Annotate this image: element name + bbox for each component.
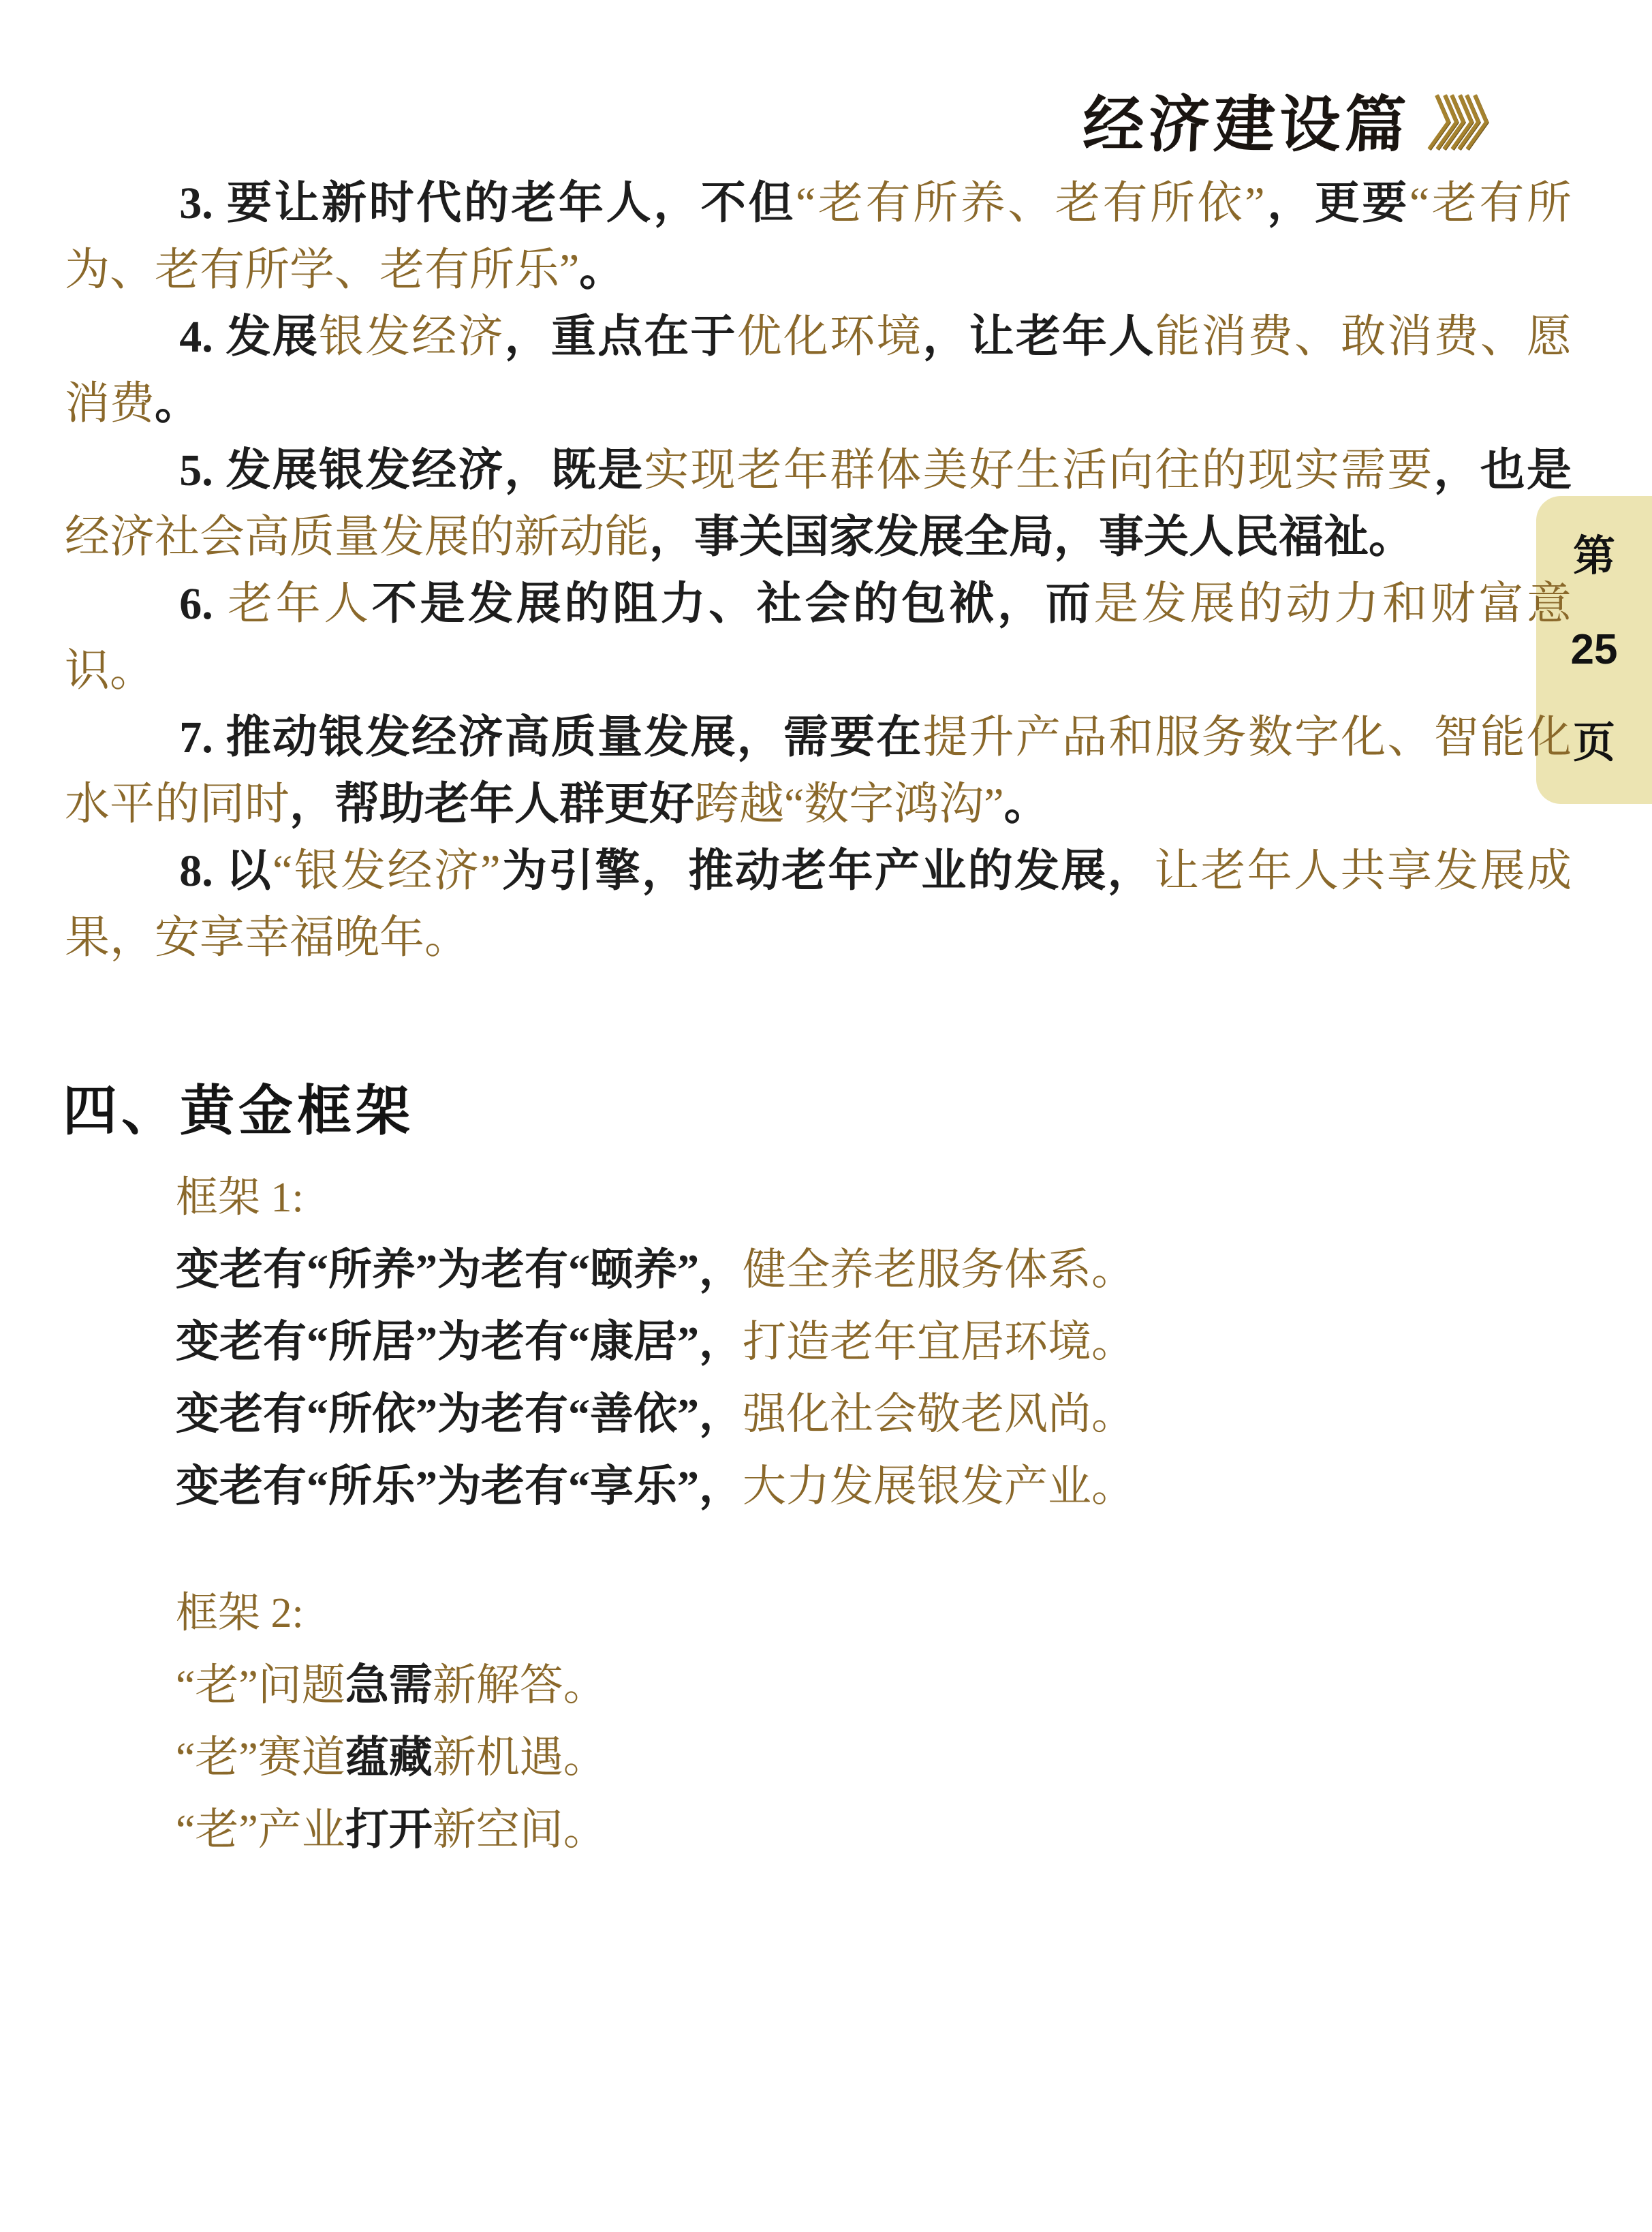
paragraph: 3. 要让新时代的老年人，不但“老有所养、老有所依”，更要“老有所为、老有所学、… [65, 170, 1572, 304]
text-segment: 新解答。 [433, 1661, 607, 1709]
tab-char-ye: 页 [1573, 722, 1615, 764]
paragraph: 6. 老年人不是发展的阻力、社会的包袱，而是发展的动力和财富意识。 [65, 571, 1572, 704]
text-segment: 不是发展的阻力、社会的包袱，而 [372, 579, 1093, 629]
text-segment: 经济社会高质量发展的新动能 [65, 512, 649, 562]
text-segment: 。 [579, 245, 624, 295]
frame-line: “老”问题急需新解答。 [176, 1649, 1375, 1722]
text-segment: 蕴藏 [345, 1733, 433, 1782]
frame-line: 变老有“所养”为老有“颐养”，健全养老服务体系。 [176, 1234, 1375, 1306]
frame-label: 框架 1: [176, 1162, 1375, 1234]
body-paragraphs: 3. 要让新时代的老年人，不但“老有所养、老有所依”，更要“老有所为、老有所学、… [65, 170, 1572, 972]
chapter-title: 经济建设篇 [1082, 75, 1412, 164]
paragraph: 5. 发展银发经济，既是实现老年群体美好生活向往的现实需要，也是经济社会高质量发… [65, 437, 1572, 571]
frame-lines: 变老有“所养”为老有“颐养”，健全养老服务体系。变老有“所居”为老有“康居”，打… [176, 1234, 1375, 1523]
chevrons-icon: 》》》 [1424, 78, 1525, 161]
text-segment: “老”问题 [176, 1661, 345, 1709]
paragraph: 7. 推动银发经济高质量发展，需要在提升产品和服务数字化、智能化水平的同时，帮助… [65, 704, 1572, 838]
text-segment: 强化社会敬老风尚。 [743, 1390, 1135, 1438]
frame-block-2: 框架 2: “老”问题急需新解答。“老”赛道蕴藏新机遇。“老”产业打开新空间。 [176, 1577, 1375, 1866]
text-segment: ，让老年人 [922, 312, 1155, 362]
text-segment: 健全养老服务体系。 [743, 1245, 1135, 1294]
paragraph: 4. 发展银发经济，重点在于优化环境，让老年人能消费、敢消费、愿消费。 [65, 304, 1572, 437]
text-segment: 5. 发展银发经济，既是 [179, 446, 644, 495]
text-segment: 6. [179, 579, 228, 629]
page-number: 25 [1571, 629, 1618, 671]
text-segment: “老有所养、老有所依” [796, 179, 1265, 228]
text-segment: ，帮助老年人群更好 [290, 779, 694, 829]
frame-label: 框架 2: [176, 1577, 1375, 1649]
text-segment: 打造老年宜居环境。 [743, 1318, 1135, 1366]
text-segment: ，重点在于 [505, 312, 737, 362]
text-segment: 3. 要让新时代的老年人，不但 [179, 179, 796, 228]
text-segment: 新机遇。 [433, 1733, 607, 1782]
text-segment: 为引擎，推动老年产业的发展， [501, 846, 1155, 896]
text-segment: 变老有“所养”为老有“颐养”， [176, 1245, 743, 1294]
text-segment: 。 [1004, 779, 1049, 829]
paragraph: 8. 以“银发经济”为引擎，推动老年产业的发展，让老年人共享发展成果，安享幸福晚… [65, 838, 1572, 972]
text-segment: “老”产业 [176, 1805, 345, 1854]
frame-line: 变老有“所居”为老有“康居”，打造老年宜居环境。 [176, 1306, 1375, 1378]
text-segment: 8. 以 [179, 846, 272, 896]
frame-line: “老”产业打开新空间。 [176, 1794, 1375, 1866]
frame-lines: “老”问题急需新解答。“老”赛道蕴藏新机遇。“老”产业打开新空间。 [176, 1649, 1375, 1866]
text-segment: 大力发展银发产业。 [743, 1462, 1135, 1510]
text-segment: 变老有“所乐”为老有“享乐”， [176, 1462, 743, 1510]
text-segment: 新空间。 [433, 1805, 607, 1854]
frame-line: “老”赛道蕴藏新机遇。 [176, 1722, 1375, 1794]
text-segment: 跨越“数字鸿沟” [694, 779, 1004, 829]
text-segment: 实现老年群体美好生活向往的现实需要 [644, 446, 1433, 495]
text-segment: ，也是 [1434, 446, 1572, 495]
text-segment: “老”赛道 [176, 1733, 345, 1782]
page-header: 经济建设篇 》》》 [1083, 75, 1519, 164]
text-segment: 银发经济 [319, 312, 505, 362]
text-segment: 变老有“所居”为老有“康居”， [176, 1318, 743, 1366]
frame-line: 变老有“所乐”为老有“享乐”，大力发展银发产业。 [176, 1451, 1375, 1523]
text-segment: 4. 发展 [179, 312, 319, 362]
text-segment: 变老有“所依”为老有“善依”， [176, 1390, 743, 1438]
tab-char-di: 第 [1573, 536, 1615, 578]
text-segment: 优化环境 [737, 312, 923, 362]
section-heading: 四、黄金框架 [63, 1067, 414, 1145]
text-segment: ，事关国家发展全局，事关人民福祉。 [649, 512, 1414, 562]
text-segment: 急需 [345, 1661, 433, 1709]
text-segment: 打开 [345, 1805, 433, 1854]
text-segment: ，更要 [1265, 179, 1409, 228]
text-segment: “银发经济” [272, 846, 500, 896]
frame-block-1: 框架 1: 变老有“所养”为老有“颐养”，健全养老服务体系。变老有“所居”为老有… [176, 1162, 1375, 1523]
text-segment: 老年人 [228, 579, 372, 629]
frame-line: 变老有“所依”为老有“善依”，强化社会敬老风尚。 [176, 1378, 1375, 1451]
text-segment: 7. 推动银发经济高质量发展，需要在 [179, 713, 922, 762]
text-segment: 。 [155, 379, 200, 429]
